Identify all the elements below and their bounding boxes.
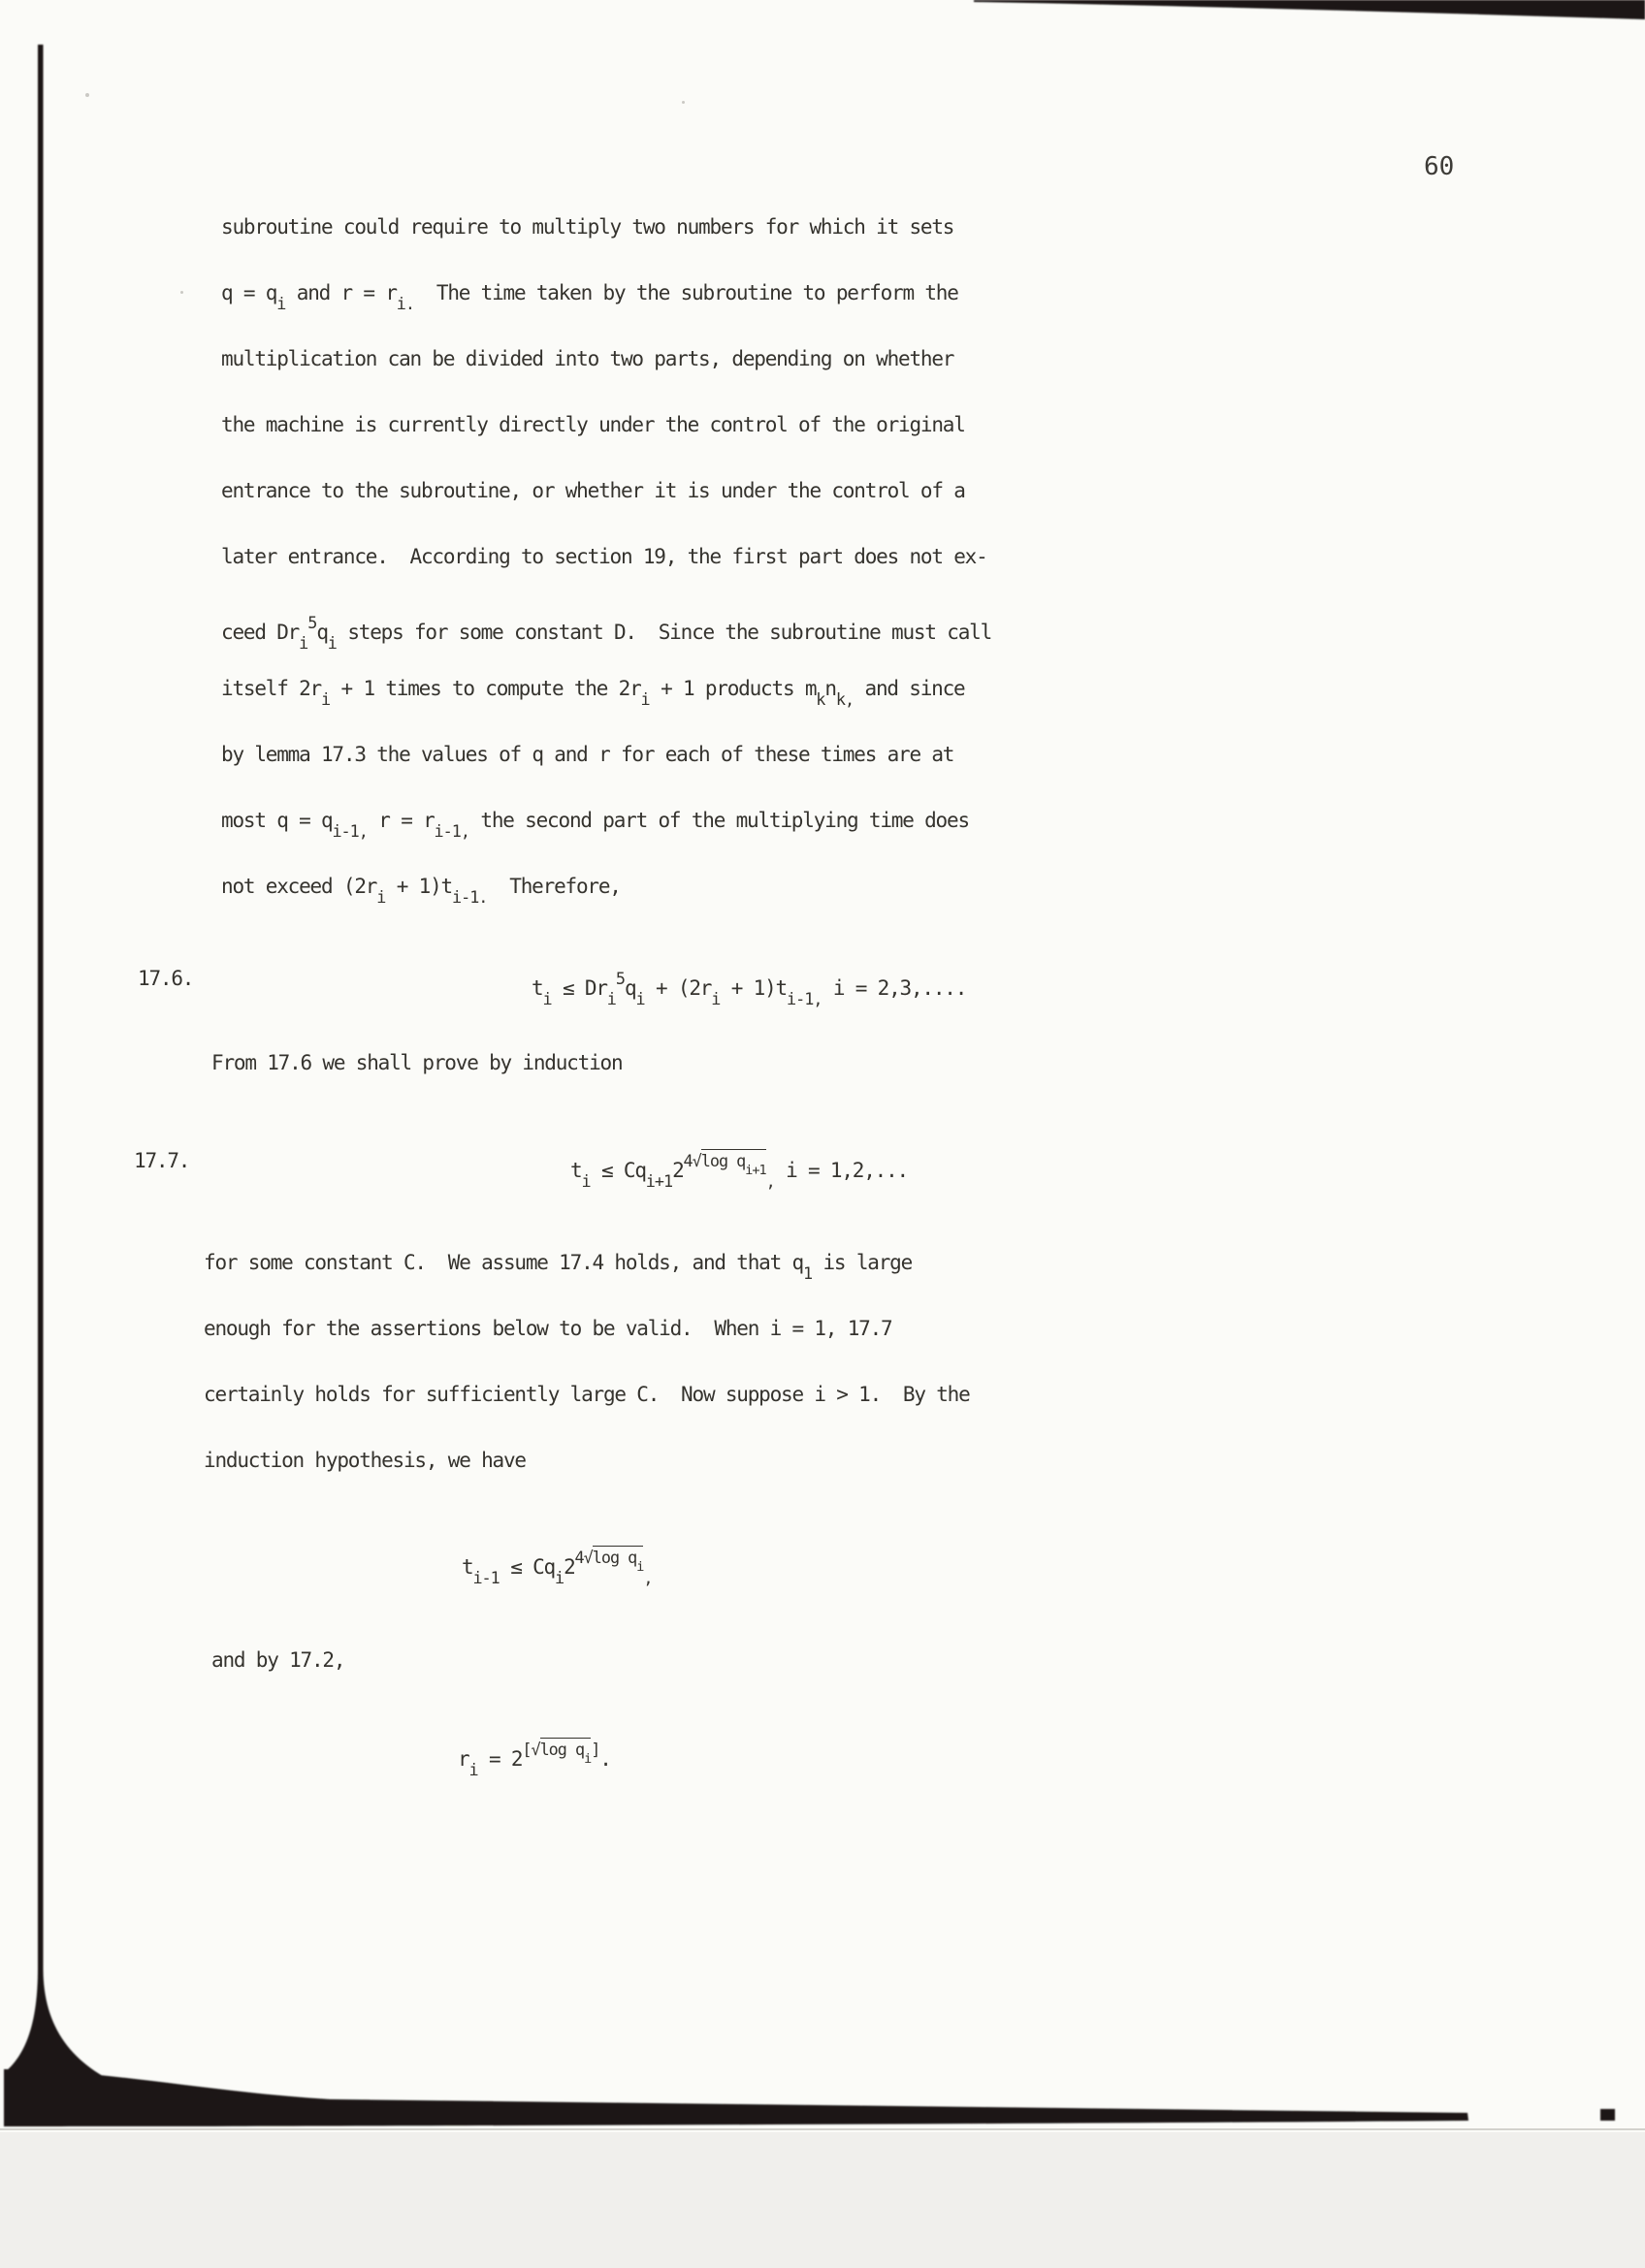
page-number: 60 (1424, 134, 1454, 200)
text-line: entrance to the subroutine, or whether i… (221, 458, 991, 524)
equation-17-6-label: 17.6. (138, 945, 193, 1011)
book-edge-shadow-top-right (974, 0, 1645, 19)
paper-speck (85, 93, 89, 97)
equation-17-6: ti ≤ Dri5qi + (2ri + 1)ti-1, i = 2,3,...… (532, 945, 966, 1011)
text-line: certainly holds for sufficiently large C… (204, 1361, 970, 1427)
text-line: q = qi and r = ri. The time taken by the… (221, 260, 991, 326)
text-line: for some constant C. We assume 17.4 hold… (204, 1230, 970, 1295)
paragraph-2: for some constant C. We assume 17.4 hold… (204, 1230, 970, 1493)
text-line: by lemma 17.3 the values of q and r for … (221, 721, 991, 787)
equation-17-7-label: 17.7. (134, 1128, 189, 1194)
text-line: subroutine could require to multiply two… (221, 194, 991, 260)
scan-mark-bottom-right (1600, 2109, 1615, 2121)
text-line: most q = qi-1, r = ri-1, the second part… (221, 787, 991, 853)
paper-speck (180, 291, 183, 294)
equation-r-definition: ri = 2[√log qi]. (458, 1716, 611, 1782)
and-by-17-2-text: and by 17.2, (211, 1627, 344, 1693)
book-spine-shadow-bottom (4, 2069, 1468, 2126)
text-line: itself 2ri + 1 times to compute the 2ri … (221, 655, 991, 721)
text-line: later entrance. According to section 19,… (221, 524, 991, 590)
page-bottom-edge (0, 2128, 1645, 2130)
scanner-bed-band (0, 2132, 1645, 2268)
text-line: the machine is currently directly under … (221, 392, 991, 458)
equation-17-7: ti ≤ Cqi+124√log qi+1, i = 1,2,... (570, 1128, 908, 1194)
text-line: not exceed (2ri + 1)ti-1. Therefore, (221, 853, 991, 919)
text-line: enough for the assertions below to be va… (204, 1295, 970, 1361)
book-spine-line-left (4, 45, 136, 2092)
from-17-6-text: From 17.6 we shall prove by induction (211, 1030, 622, 1096)
text-line: ceed Dri5qi steps for some constant D. S… (221, 590, 991, 655)
paper-speck (682, 101, 685, 104)
text-line: induction hypothesis, we have (204, 1427, 970, 1493)
text-line: multiplication can be divided into two p… (221, 326, 991, 392)
paragraph-1: subroutine could require to multiply two… (221, 194, 991, 919)
equation-induction-hypothesis: ti-1 ≤ Cqi24√log qi, (462, 1524, 653, 1590)
scanned-page: 60 subroutine could require to multiply … (0, 0, 1645, 2268)
